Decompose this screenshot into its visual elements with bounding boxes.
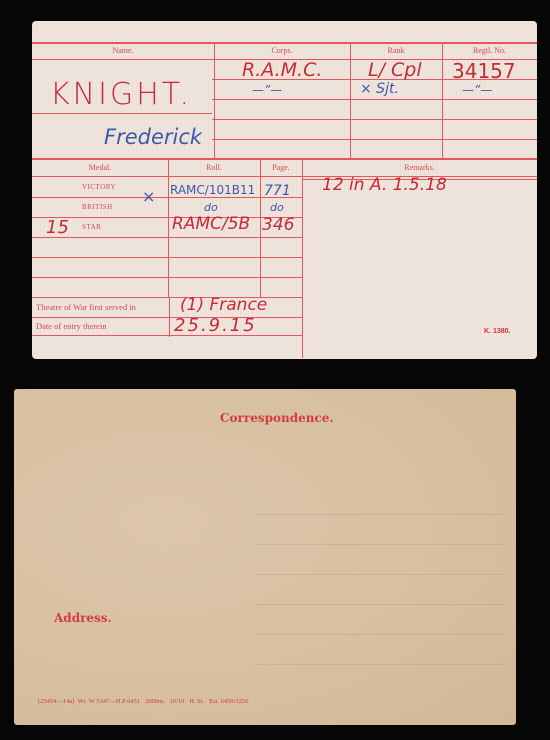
faint-rule [254, 634, 504, 635]
remarks-value: 12 in A. 1.5.18 [322, 175, 447, 195]
faint-rule [254, 544, 504, 545]
faint-rule [254, 514, 504, 515]
victory-roll: RAMC/101B11 [170, 183, 255, 197]
regt-no-value-1: 34157 [452, 59, 516, 83]
theatre-label: Theatre of War first served in [36, 302, 168, 312]
faint-rule [254, 574, 504, 575]
divider [302, 158, 303, 358]
rank-header: Rank [350, 46, 442, 55]
divider [212, 99, 537, 100]
date-of-entry-value: 25.9.15 [174, 315, 257, 336]
divider [32, 277, 302, 278]
victory-page: 771 [264, 183, 291, 199]
star-roll: RAMC/5B [172, 214, 250, 234]
divider [169, 297, 170, 337]
british-page: do [270, 201, 284, 214]
victory-mark: × [142, 187, 155, 206]
divider [212, 119, 537, 120]
regt-no-header: Regtl. No. [442, 46, 537, 55]
medal-header: Medal. [32, 163, 168, 172]
roll-header: Roll. [168, 163, 260, 172]
divider [260, 158, 261, 298]
divider [32, 317, 302, 318]
forename: Frederick [104, 125, 202, 149]
faint-rule [254, 664, 504, 665]
corps-value-1: R.A.M.C. [242, 59, 322, 81]
rank-value-2: × Sjt. [360, 81, 399, 97]
correspondence-title: Correspondence. [220, 411, 334, 425]
corps-value-2: —”— [252, 83, 282, 97]
page-header: Page. [260, 163, 302, 172]
divider [32, 237, 302, 238]
divider [32, 257, 302, 258]
date-of-entry-label: Date of entry therein [36, 321, 168, 331]
divider [442, 42, 443, 159]
remarks-header: Remarks. [302, 163, 537, 172]
divider [214, 42, 215, 159]
british-roll: do [204, 201, 218, 214]
theatre-value: (1) France [180, 295, 267, 315]
divider [32, 197, 302, 198]
divider [32, 113, 212, 114]
regt-no-value-2: —”— [462, 83, 492, 97]
medal-index-card-back: Correspondence. Address. (25454—14a) Wt.… [14, 389, 516, 725]
medal-british-label: British [82, 203, 113, 211]
medal-star-label: Star [82, 223, 101, 231]
divider [168, 158, 169, 298]
name-header: Name. [32, 46, 214, 55]
address-label: Address. [54, 611, 112, 625]
printer-footer: (25454—14a) Wt. W 5347—H.P 6451 2000m. 1… [38, 698, 248, 705]
surname: KNIGHT. [50, 77, 192, 112]
corps-header: Corps. [214, 46, 350, 55]
divider [32, 158, 537, 160]
form-code: K. 1380. [484, 328, 510, 335]
medal-index-card-front: Name. Corps. Rank Regtl. No. KNIGHT. Fre… [32, 21, 537, 359]
medal-victory-label: Victory [82, 183, 116, 191]
divider [32, 42, 537, 44]
star-page: 346 [262, 215, 294, 235]
divider [212, 139, 537, 140]
divider [32, 176, 537, 177]
divider [350, 42, 351, 159]
star-prefix: 15 [46, 217, 69, 238]
faint-rule [254, 604, 504, 605]
divider [32, 335, 302, 336]
rank-value-1: L/ Cpl [368, 59, 422, 81]
